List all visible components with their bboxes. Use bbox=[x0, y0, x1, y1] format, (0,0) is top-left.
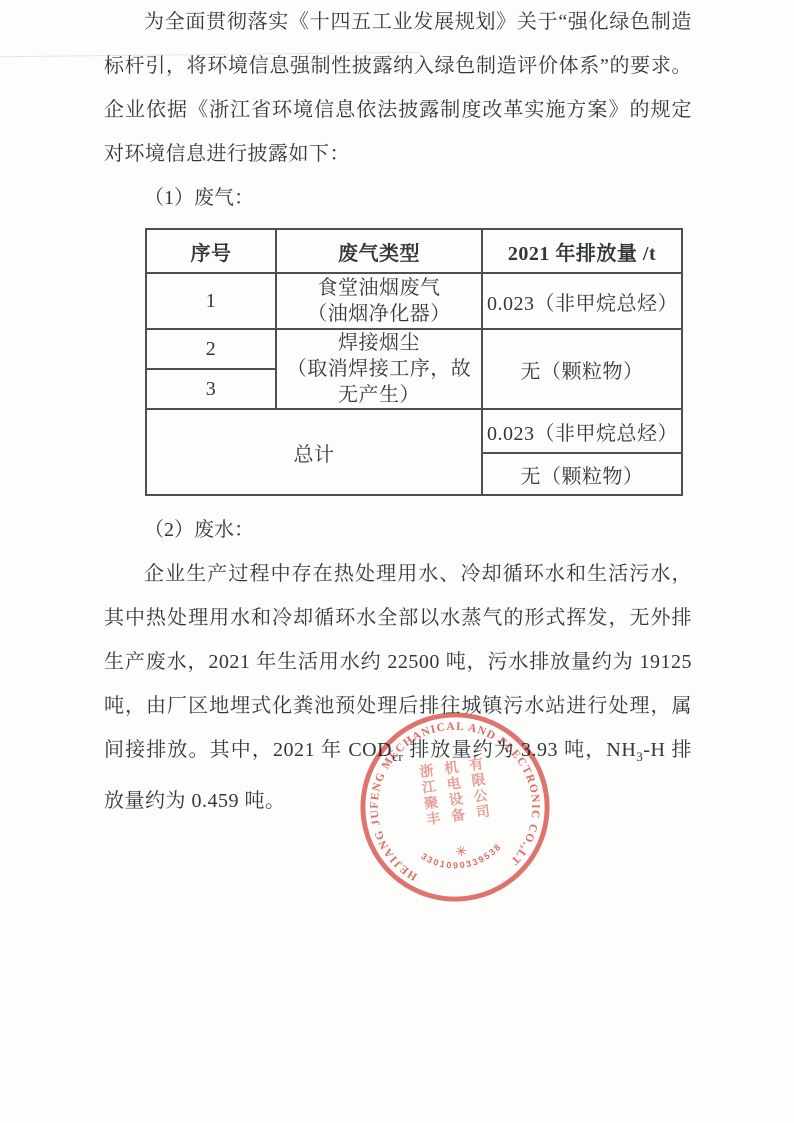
cell-total-label: 总计 bbox=[146, 409, 482, 495]
cell-row1-type: 食堂油烟废气 （油烟净化器） bbox=[276, 273, 482, 329]
paragraph-intro: 为全面贯彻落实《十四五工业发展规划》关于“强化绿色制造标杆引，将环境信息强制性披… bbox=[104, 0, 692, 176]
cell-row1-amount: 0.023（非甲烷总烃） bbox=[482, 273, 682, 329]
cell-row23-amount: 无（颗粒物） bbox=[482, 329, 682, 409]
cell-row23-type: 焊接烟尘 （取消焊接工序，故无产生） bbox=[276, 329, 482, 409]
section-label-waste-water: （2）废水： bbox=[104, 508, 692, 552]
paragraph-wastewater: 企业生产过程中存在热处理用水、冷却循环水和生活污水，其中热处理用水和冷却循环水全… bbox=[104, 552, 692, 823]
cell-total-amount-1: 0.023（非甲烷总烃） bbox=[482, 409, 682, 453]
paragraph-intro-text: 为全面贯彻落实《十四五工业发展规划》关于“强化绿色制造标杆引，将环境信息强制性披… bbox=[104, 11, 692, 165]
paragraph-wastewater-text-1: 企业生产过程中存在热处理用水、冷却循环水和生活污水，其中热处理用水和冷却循环水全… bbox=[104, 563, 692, 761]
table-header-amount: 2021 年排放量 /t bbox=[482, 229, 682, 273]
cell-row2-no: 2 bbox=[146, 329, 276, 369]
cod-subscript: cr bbox=[392, 749, 403, 764]
table-header-row: 序号 废气类型 2021 年排放量 /t bbox=[146, 229, 682, 273]
table-row: 2 焊接烟尘 （取消焊接工序，故无产生） 无（颗粒物） bbox=[146, 329, 682, 369]
seal-number: 3301090339538 bbox=[418, 840, 506, 876]
cell-row3-no: 3 bbox=[146, 369, 276, 409]
paragraph-wastewater-text-2: 排放量约为 3.93 吨，NH bbox=[403, 739, 636, 761]
seal-number-holder: 3301090339538 bbox=[418, 840, 506, 876]
table-header-type: 废气类型 bbox=[276, 229, 482, 273]
cell-total-amount-2: 无（颗粒物） bbox=[482, 453, 682, 495]
table-row: 1 食堂油烟废气 （油烟净化器） 0.023（非甲烷总烃） bbox=[146, 273, 682, 329]
document-content: 为全面贯彻落实《十四五工业发展规划》关于“强化绿色制造标杆引，将环境信息强制性披… bbox=[104, 0, 692, 823]
document-page: 为全面贯彻落实《十四五工业发展规划》关于“强化绿色制造标杆引，将环境信息强制性披… bbox=[0, 0, 794, 1123]
waste-gas-table: 序号 废气类型 2021 年排放量 /t 1 食堂油烟废气 （油烟净化器） 0.… bbox=[145, 228, 683, 496]
seal-star-icon: ✳ bbox=[454, 843, 468, 859]
cell-row1-no: 1 bbox=[146, 273, 276, 329]
table-row: 总计 0.023（非甲烷总烃） bbox=[146, 409, 682, 453]
table-header-no: 序号 bbox=[146, 229, 276, 273]
section-label-waste-gas: （1）废气： bbox=[104, 176, 692, 220]
